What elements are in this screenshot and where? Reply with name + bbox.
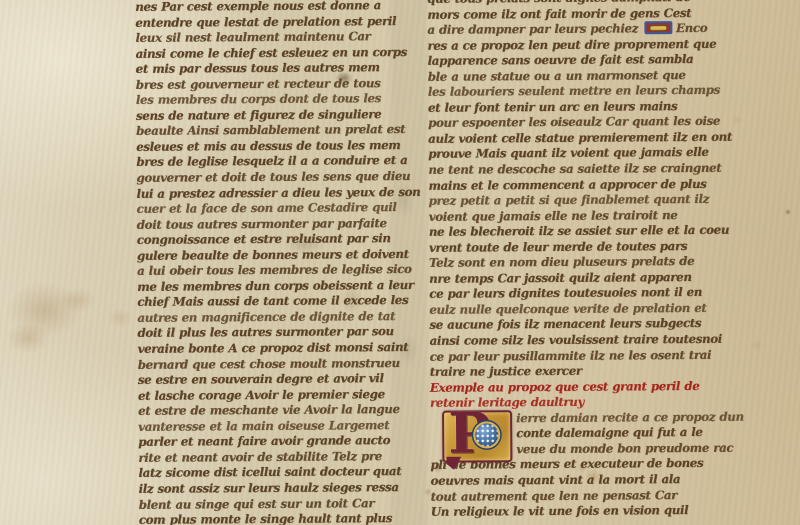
text-line-segment: ne tent ne descoche sa saiette ilz se cr… — [428, 161, 721, 177]
text-line-segment: a dire dampner par leurs pechiez — [427, 21, 638, 36]
text-line-segment: res a ce propoz len peut dire proprement… — [427, 36, 716, 52]
text-line: beaulte Ainsi samblablement un prelat es… — [136, 122, 428, 140]
text-line-segment: mains et le commencent a approcer de plu… — [428, 176, 706, 192]
text-line-segment: les membres du corps dont de tous les — [136, 91, 381, 107]
text-line: les membres du corps dont de tous les — [136, 91, 428, 109]
text-line-segment: me les membres dun corps obeissent a leu… — [137, 278, 414, 294]
text-line-segment: voient que jamais elle ne les trairoit n… — [429, 208, 678, 224]
text-line-segment: vanteresse et la main oiseuse Largemet — [138, 418, 389, 434]
text-line-segment: Telz sont en nom dieu pluseurs prelats d… — [429, 254, 694, 270]
text-line-segment: a lui obeir tous les membres de leglise … — [137, 262, 412, 278]
text-line-segment: com plus monte le singe hault tant plus — [139, 511, 392, 525]
text-line: a dire dampner par leurs pechiezEnco — [427, 21, 723, 39]
text-line-segment: blent au singe qui est sur un toit Car — [139, 496, 375, 512]
text-line-segment: vrent toute de leur merde de toutes pars — [429, 239, 687, 255]
text-line: pour espoenter les oiseaulz Car quant le… — [428, 114, 724, 132]
text-line: tout autrement que len ne pensast Car — [431, 487, 727, 505]
left-text-column: nes Par cest exemple nous est donne aent… — [135, 0, 431, 525]
text-line-segment: oeuvres mais quant vint a la mort il ala — [430, 472, 680, 488]
text-line-segment: les labouriers seulent mettre en leurs c… — [428, 83, 720, 99]
text-line: gouverner et doit de tous les sens que d… — [136, 169, 428, 187]
text-line-segment: chief Mais aussi de tant come il excede … — [137, 293, 408, 309]
text-line: autres en magnificence de dignite de tat — [137, 309, 429, 327]
text-line-segment: ce par leur pusillammite ilz ne les osen… — [430, 347, 712, 363]
text-line: les labouriers seulent mettre en leurs c… — [428, 83, 724, 101]
line-filler-gold-bar — [649, 25, 667, 31]
text-line-segment: eulz nulle quelconque verite de prelatio… — [429, 301, 706, 317]
text-line-segment: aulz voient celle statue premierement il… — [428, 130, 732, 146]
text-line-segment: et estre de meschante vie Avoir la langu… — [138, 402, 400, 418]
text-line-segment: lui a prestez adressier a dieu les yeux … — [136, 184, 420, 200]
text-line-segment: veue du monde bon preudome rac — [516, 441, 733, 457]
text-line-segment: parler et neant faire avoir grande aucto — [138, 433, 390, 449]
text-line-segment: traire ne justice exercer — [430, 364, 582, 379]
text-layer: nes Par cest exemple nous est donne aent… — [0, 0, 800, 525]
text-line-segment: leux sil nest leaulment maintenu Car — [135, 29, 370, 45]
text-line-segment: congnoissance et estre reluisant par sin — [137, 231, 391, 247]
illuminated-initial: P Pierre — [442, 410, 512, 462]
text-line: ainsi come le chief est esleuez en un co… — [136, 44, 428, 62]
text-line-segment: Un religieux le vit une fois en vision q… — [431, 503, 689, 519]
text-line-segment: et mis par dessus tous les autres mem — [136, 60, 380, 76]
text-line-segment: cuer et la face de son ame Cestadire qui… — [137, 200, 397, 216]
manuscript-page: nes Par cest exemple nous est donne aent… — [0, 0, 800, 525]
text-line: blent au singe qui est sur un toit Car — [139, 495, 431, 513]
initial-blue-roundel — [473, 421, 500, 448]
text-line-segment: latz sicome dist icellui saint docteur q… — [138, 464, 401, 480]
text-line-segment: lapparence sans oeuvre de fait est sambl… — [428, 52, 694, 68]
text-line-segment: se aucune fois ilz menacent leurs subgec… — [429, 316, 701, 332]
text-line: vanteresse et la main oiseuse Largemet — [138, 418, 430, 436]
text-line: eulz nulle quelconque verite de prelatio… — [429, 301, 725, 319]
text-line-segment: nes Par cest exemple nous est donne a — [135, 0, 381, 14]
text-line: voient que jamais elle ne les trairoit n… — [429, 207, 725, 225]
text-line-segment: rite et neant avoir de stabilite Telz pr… — [138, 449, 382, 465]
text-line-segment: ierre damian recite a ce propoz dun — [516, 409, 744, 425]
text-line-segment: mors come ilz ont fait morir de gens Ces… — [427, 6, 691, 22]
text-line-segment: nre temps Car jassoit quilz aient appare… — [429, 270, 691, 286]
text-line-segment: bres est gouverneur et recteur de tous — [136, 76, 381, 92]
text-line-segment: autres en magnificence de dignite de tat — [137, 309, 395, 325]
text-line: bernard que cest chose moult monstrueu — [138, 355, 430, 373]
text-line-segment: se estre en souverain degre et avoir vil — [138, 371, 384, 387]
text-line: leux sil nest leaulment maintenu Car — [135, 29, 427, 47]
text-line-segment: ce par leurs dignites toutesuoies nont i… — [429, 285, 702, 301]
text-line-segment: conte dalemaigne qui fut a le — [516, 425, 702, 440]
text-line-segment: gouverner et doit de tous les sens que d… — [136, 169, 410, 185]
text-line-segment: doit tous autres surmonter par parfaite — [137, 216, 387, 232]
text-line-segment: ainsi come silz les voulsissent traire t… — [430, 332, 722, 348]
text-line-segment: ilz sont assiz sur leurs haulz sieges re… — [139, 480, 399, 496]
text-line-segment: ble a une statue ou a un marmonset que — [428, 68, 686, 84]
line-filler-ornament — [644, 21, 672, 34]
text-line-segment: bernard que cest chose moult monstrueu — [138, 356, 400, 372]
text-line: doit tous autres surmonter par parfaite — [137, 215, 429, 233]
text-line: Un religieux le vit une fois en vision q… — [431, 503, 727, 521]
text-line: Telz sont en nom dieu pluseurs prelats d… — [429, 254, 725, 272]
text-line: com plus monte le singe hault tant plus — [139, 511, 431, 525]
text-line-segment: doit il plus les autres surmonter par so… — [137, 325, 393, 341]
text-line: rite et neant avoir de stabilite Telz pr… — [138, 449, 430, 467]
text-line-segment: Exemple au propoz que cest grant peril d… — [430, 379, 700, 395]
text-line-segment: beaulte Ainsi samblablement un prelat es… — [136, 122, 405, 138]
text-line-segment: esleues et mis au dessus de tous les mem — [136, 138, 400, 154]
text-line: a lui obeir tous les membres de leglise … — [137, 262, 429, 280]
text-line-segment: tout autrement que len ne pensast Car — [431, 488, 677, 504]
text-line-segment: veraine bonte A ce propoz dist monsi sai… — [138, 340, 409, 356]
text-line-segment: entendre que lestat de prelation est per… — [135, 14, 396, 30]
text-line-segment: ainsi come le chief est esleuez en un co… — [136, 45, 407, 61]
text-line-segment: sens de nature et figurez de singuliere — [136, 107, 381, 123]
text-line-segment: ne les blecheroit ilz se assiet sur elle… — [429, 223, 729, 239]
text-line-segment: bres de leglise lesquelz il a a conduire… — [136, 153, 407, 169]
text-line: ce par leur pusillammite ilz ne les osen… — [430, 347, 726, 365]
text-line: ne tent ne descoche sa saiette ilz se cr… — [428, 161, 724, 179]
text-line-segment: Enco — [676, 21, 707, 35]
text-line-segment: et leur font tenir un arc en leurs mains — [428, 99, 677, 115]
text-line-segment: prez petit a petit si que finablemet qua… — [429, 192, 709, 208]
text-line-segment: pour espoenter les oiseaulz Car quant le… — [428, 114, 720, 130]
text-line-segment: et lasche corage Avoir le premier siege — [138, 387, 385, 403]
text-line-segment: prouve Mais quant ilz voient que jamais … — [428, 145, 708, 161]
text-line-segment: gulere beaulte de bonnes meurs et doiven… — [137, 247, 409, 263]
